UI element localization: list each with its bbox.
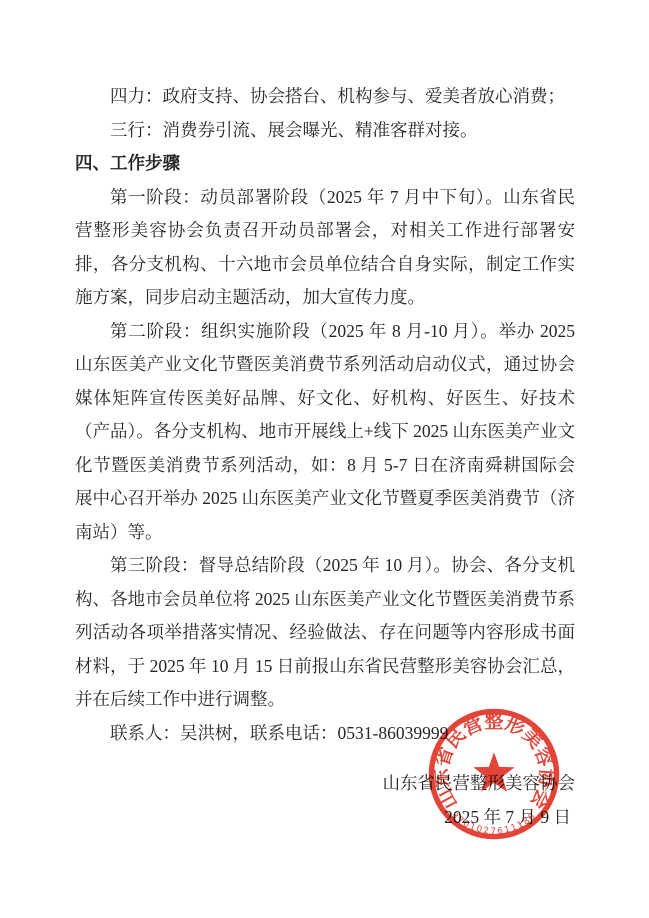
signature-organization: 山东省民营整形美容协会	[75, 767, 575, 801]
intro-line-2: 三行：消费券引流、展会曝光、精准客群对接。	[75, 114, 575, 148]
intro-line-1: 四力：政府支持、协会搭台、机构参与、爱美者放心消费；	[75, 80, 575, 114]
paragraph-stage-3: 第三阶段：督导总结阶段（2025 年 10 月）。协会、各分支机构、各地市会员单…	[75, 549, 575, 717]
signature-date: 2025 年 7 月 9 日	[75, 801, 575, 835]
section-heading: 四、工作步骤	[75, 147, 575, 181]
signature-block: 山东省民营整形美容协会 2025 年 7 月 9 日	[75, 767, 575, 834]
document-page: 四力：政府支持、协会搭台、机构参与、爱美者放心消费； 三行：消费券引流、展会曝光…	[0, 0, 649, 918]
document-body: 四力：政府支持、协会搭台、机构参与、爱美者放心消费； 三行：消费券引流、展会曝光…	[75, 80, 575, 834]
paragraph-stage-1: 第一阶段：动员部署阶段（2025 年 7 月中下旬）。山东省民营整形美容协会负责…	[75, 181, 575, 315]
contact-line: 联系人：吴洪树，联系电话：0531-86039999	[75, 717, 575, 751]
paragraph-stage-2: 第二阶段：组织实施阶段（2025 年 8 月-10 月）。举办 2025 山东医…	[75, 315, 575, 550]
